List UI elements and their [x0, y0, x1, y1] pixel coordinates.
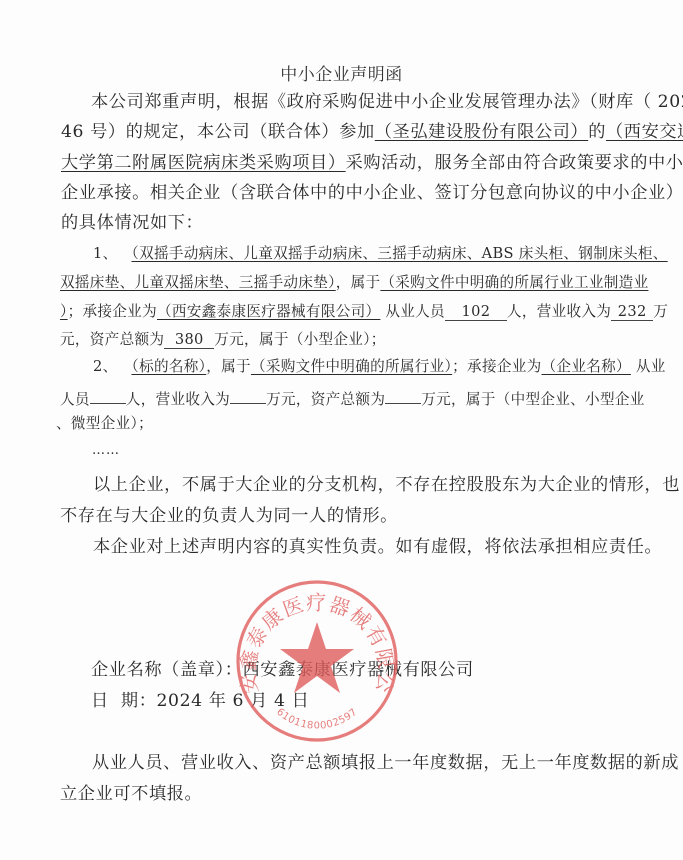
intro-line-5: 的具体情况如下： [61, 212, 203, 234]
statement-1-line-1: 以上企业，不属于大企业的分支机构，不存在控股股东为大企业的情形，也 [93, 474, 680, 496]
item-1-line-2: 双摇床垫、儿童双摇床垫、三摇手动床垫），属于（采购文件中明确的所属行业工业制造业 [60, 273, 648, 293]
item-2-belongs-label: ，属于 [206, 358, 251, 375]
date-line: 日 期：2024 年 6 月 4 日 [91, 690, 309, 712]
date-label: 日 期： [91, 691, 157, 711]
item-2-employees-label-a: 从业 [631, 358, 666, 375]
item-1-revenue-unit-a: 万 [653, 303, 668, 320]
item-2-revenue-value [230, 386, 266, 404]
item-2-contractor-label: ；承接企业为 [452, 358, 541, 375]
item-2-industry: （采购文件中明确的所属行业） [251, 358, 452, 375]
item-1-revenue-unit-b: 元，资产总额为 [60, 331, 164, 348]
star-icon [280, 622, 354, 693]
company-label: 企业名称（盖章）： [91, 660, 243, 680]
company-signature-line: 企业名称（盖章）：西安鑫泰康医疗器械有限公司 [91, 659, 474, 681]
intro-line-2-prefix: 46 号）的规定，本公司（联合体）参加 [61, 122, 375, 142]
item-1-number: 1、 [93, 245, 117, 262]
item-2-employees-unit: 人，营业收入为 [126, 391, 230, 408]
intro-line-3: 大学第二附属医院病床类采购项目）采购活动，服务全部由符合政策要求的中小 [61, 152, 683, 174]
purchaser-name: （圣弘建设股份有限公司） [375, 122, 588, 142]
item-2-assets-unit: 万元，属于（中型企业、小型企业 [421, 391, 644, 408]
intro-line-4: 企业承接。相关企业（含联合体中的中小企业、签订分包意向协议的中小企业） [61, 182, 683, 204]
item-1-industry-part-1: （采购文件中明确的所属行业工业制造业 [380, 274, 648, 291]
date-value: 2024 年 6 月 4 日 [157, 691, 310, 711]
item-2-employees-label-b: 人员 [60, 391, 90, 408]
company-name: 西安鑫泰康医疗器械有限公司 [243, 660, 474, 680]
note-line-1: 从业人员、营业收入、资产总额填报上一年度数据，无上一年度数据的新成 [92, 752, 679, 774]
statement-2: 本企业对上述声明内容的真实性负责。如有虚假，将依法承担相应责任。 [93, 536, 662, 558]
item-2-goods: （标的名称） [117, 358, 206, 375]
item-1-contractor: （西安鑫泰康医疗器械有限公司） [157, 303, 380, 320]
item-1-line-3: ）；承接企业为（西安鑫泰康医疗器械有限公司） 从业人员102人，营业收入为232… [60, 302, 668, 322]
item-2-employees-value [90, 386, 126, 404]
item-1-goods-part-1: （双摇手动病床、儿童双摇手动病床、三摇手动病床、ABS 床头柜、钢制床头柜、 [117, 245, 667, 262]
intro-line-2-mid: 的 [588, 122, 606, 142]
item-1-employees-label: 从业人员 [380, 303, 445, 320]
item-2-line-1: 2、（标的名称），属于（采购文件中明确的所属行业）；承接企业为（企业名称） 从业 [93, 357, 666, 377]
statement-1-line-2: 不存在与大企业的负责人为同一人的情形。 [60, 505, 398, 527]
item-1-belongs-label: ，属于 [336, 274, 381, 291]
item-1-assets-unit: 万元，属于（小型企业）； [214, 331, 385, 348]
item-1-line-4: 元，资产总额为380万元，属于（小型企业）； [60, 330, 386, 350]
intro-line-1: 本公司郑重声明，根据《政府采购促进中小企业发展管理办法》（财库（ 2020 ） [91, 91, 683, 113]
intro-line-2: 46 号）的规定，本公司（联合体）参加（圣弘建设股份有限公司）的（西安交通 [61, 121, 683, 143]
item-1-contractor-label: ；承接企业为 [68, 303, 157, 320]
item-2-line-3: 、微型企业）； [56, 414, 153, 434]
note-line-2: 立企业可不填报。 [60, 783, 202, 805]
item-1-goods-part-2: 双摇床垫、儿童双摇床垫、三摇手动床垫） [60, 274, 336, 291]
page-title: 中小企业声明函 [0, 60, 683, 85]
item-2-number: 2、 [93, 358, 117, 375]
item-2-assets-value [385, 386, 421, 404]
intro-line-3-suffix: 采购活动，服务全部由符合政策要求的中小 [346, 153, 683, 173]
item-1-industry-part-2: ） [60, 303, 68, 320]
ellipsis: …… [92, 443, 120, 458]
item-2-contractor: （企业名称） [542, 358, 631, 375]
item-2-revenue-unit: 万元，资产总额为 [266, 391, 385, 408]
item-1-revenue-value: 232 [611, 303, 653, 321]
item-2-line-2: 人员人，营业收入为万元，资产总额为万元，属于（中型企业、小型企业 [60, 386, 645, 410]
item-1-line-1: 1、（双摇手动病床、儿童双摇手动病床、三摇手动病床、ABS 床头柜、钢制床头柜、 [93, 244, 668, 264]
item-1-employees-unit: 人，营业收入为 [507, 303, 611, 320]
project-name-part-2: 大学第二附属医院病床类采购项目） [61, 153, 346, 173]
document-page: 中小企业声明函 本公司郑重声明，根据《政府采购促进中小企业发展管理办法》（财库（… [0, 0, 683, 860]
item-1-assets-value: 380 [164, 331, 214, 349]
item-1-employees-value: 102 [445, 303, 507, 321]
project-name-part-1: （西安交通 [606, 122, 683, 142]
